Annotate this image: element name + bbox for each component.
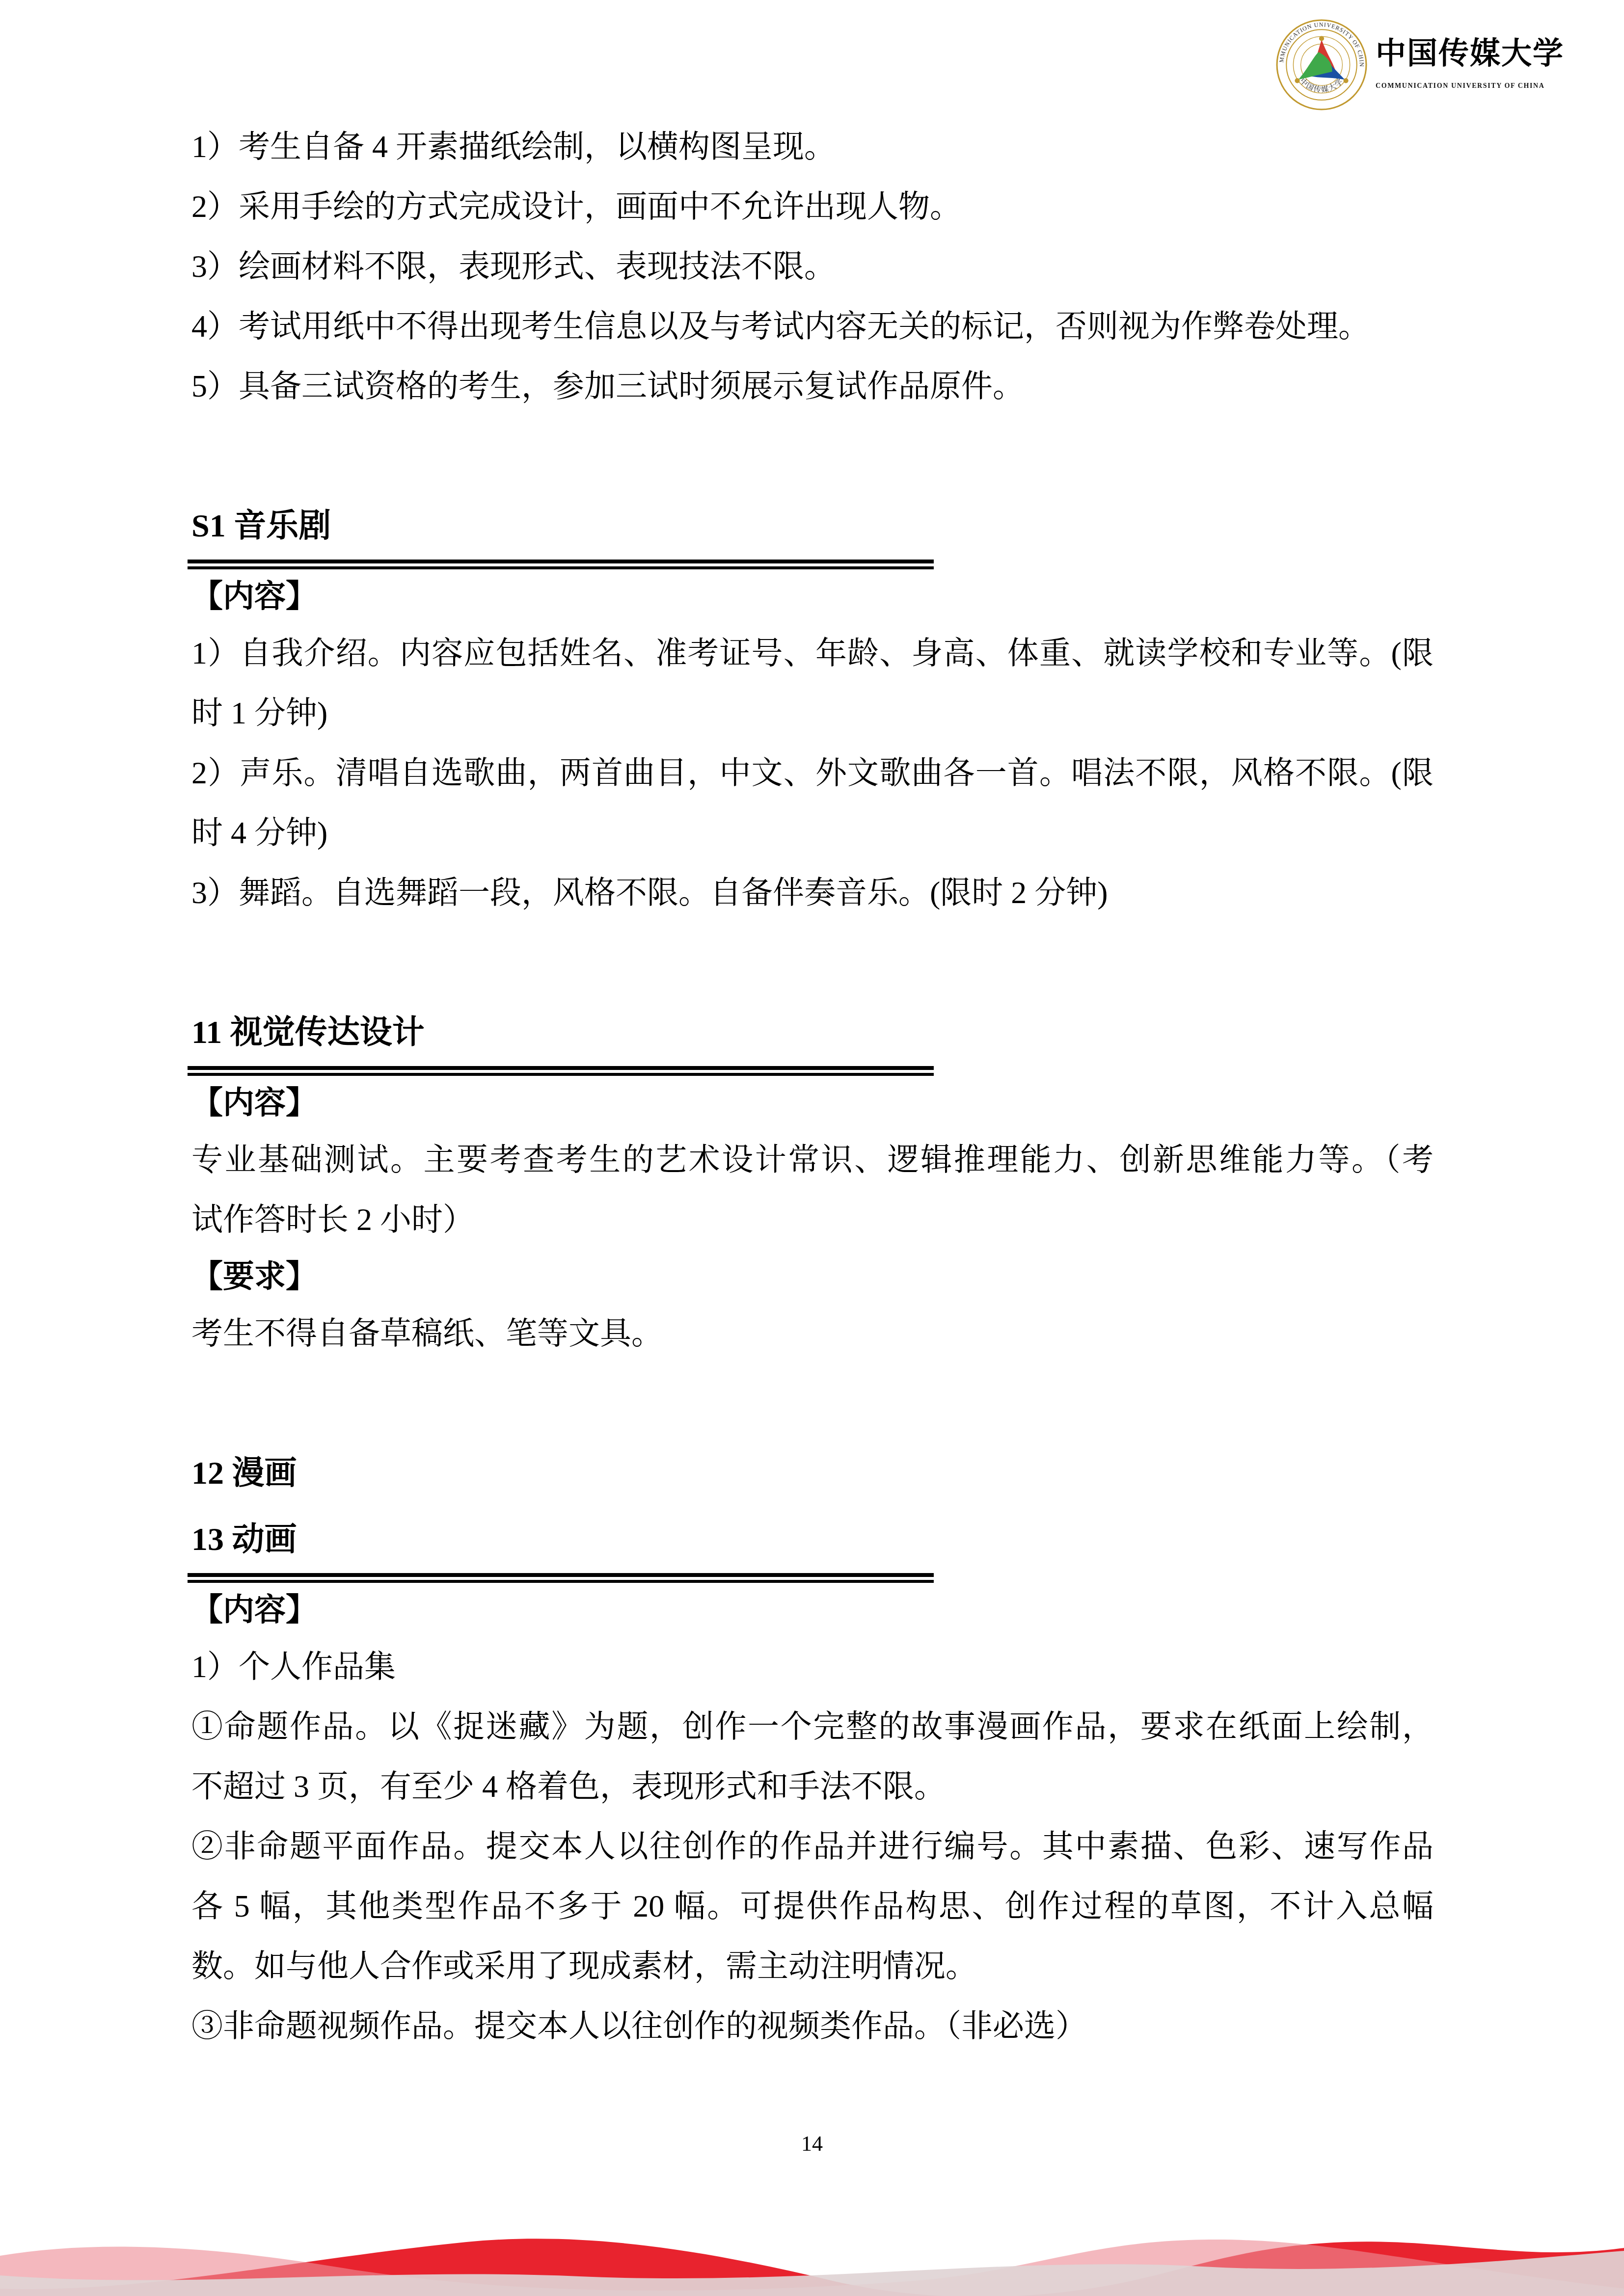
university-logo: COMMUNICATION UNIVERSITY OF CHINA 中国传媒大学 — [1274, 18, 1549, 114]
page-number: 14 — [0, 2132, 1624, 2156]
paragraph: 1）自我介绍。内容应包括姓名、准考证号、年龄、身高、体重、就读学校和专业等。(限… — [191, 623, 1434, 743]
intro-list-item: 4）考试用纸中不得出现考生信息以及与考试内容无关的标记，否则视为作弊卷处理。 — [191, 296, 1434, 356]
section-divider-rule — [188, 1066, 934, 1076]
paragraph: 3）舞蹈。自选舞蹈一段，风格不限。自备伴奏音乐。(限时 2 分钟) — [191, 863, 1434, 923]
paragraph: ①命题作品。以《捉迷藏》为题，创作一个完整的故事漫画作品，要求在纸面上绘制，不超… — [191, 1697, 1434, 1816]
footer-wave-decoration — [0, 2193, 1624, 2296]
paragraph-line: 时 1 分钟) — [191, 683, 1434, 743]
paragraph-line: ①命题作品。以《捉迷藏》为题，创作一个完整的故事漫画作品，要求在纸面上绘制， — [191, 1697, 1434, 1757]
intro-list-item: 5）具备三试资格的考生，参加三试时须展示复试作品原件。 — [191, 356, 1434, 416]
section-title: 13 动画 — [191, 1515, 1434, 1564]
paragraph-line: 1）自我介绍。内容应包括姓名、准考证号、年龄、身高、体重、就读学校和专业等。(限 — [191, 623, 1434, 683]
university-logo-text: 中国传媒大学 COMMUNICATION UNIVERSITY OF CHINA — [1376, 18, 1564, 90]
paragraph-line: 各 5 幅，其他类型作品不多于 20 幅。可提供作品构思、创作过程的草图，不计入… — [191, 1876, 1434, 1936]
paragraph-line: 试作答时长 2 小时） — [191, 1190, 1434, 1250]
paragraph: ②非命题平面作品。提交本人以往创作的作品并进行编号。其中素描、色彩、速写作品各 … — [191, 1816, 1434, 1996]
document-page: COMMUNICATION UNIVERSITY OF CHINA 中国传媒大学 — [0, 0, 1624, 2296]
paragraph-line: 考生不得自备草稿纸、笔等文具。 — [191, 1304, 1434, 1363]
paragraph: 考生不得自备草稿纸、笔等文具。 — [191, 1304, 1434, 1363]
university-name-chinese: 中国传媒大学 — [1376, 30, 1564, 78]
paragraph-line: 1）个人作品集 — [191, 1637, 1434, 1697]
paragraph-line: 3）舞蹈。自选舞蹈一段，风格不限。自备伴奏音乐。(限时 2 分钟) — [191, 863, 1434, 923]
content-label: 【内容】 — [191, 1583, 1434, 1637]
section-divider-rule — [188, 560, 934, 569]
exam-section: 11 视觉传达设计【内容】专业基础测试。主要考查考生的艺术设计常识、逻辑推理能力… — [191, 1008, 1434, 1363]
exam-section: 12 漫画13 动画【内容】1）个人作品集①命题作品。以《捉迷藏》为题，创作一个… — [191, 1449, 1434, 2056]
university-seal-icon: COMMUNICATION UNIVERSITY OF CHINA 中国传媒大学 — [1274, 18, 1369, 112]
intro-list-item: 2）采用手绘的方式完成设计，画面中不允许出现人物。 — [191, 177, 1434, 237]
content-label: 【内容】 — [191, 569, 1434, 623]
paragraph-line: ②非命题平面作品。提交本人以往创作的作品并进行编号。其中素描、色彩、速写作品 — [191, 1816, 1434, 1876]
paragraph-line: 时 4 分钟) — [191, 803, 1434, 863]
paragraph: 2）声乐。清唱自选歌曲，两首曲目，中文、外文歌曲各一首。唱法不限，风格不限。(限… — [191, 743, 1434, 863]
section-title: 11 视觉传达设计 — [191, 1008, 1434, 1057]
paragraph-line: 不超过 3 页，有至少 4 格着色，表现形式和手法不限。 — [191, 1757, 1434, 1816]
section-title: S1 音乐剧 — [191, 502, 1434, 551]
paragraph-line: 2）声乐。清唱自选歌曲，两首曲目，中文、外文歌曲各一首。唱法不限，风格不限。(限 — [191, 743, 1434, 803]
intro-list-item: 1）考生自备 4 开素描纸绘制，以横构图呈现。 — [191, 117, 1434, 177]
content-label: 【内容】 — [191, 1076, 1434, 1130]
paragraph: 专业基础测试。主要考查考生的艺术设计常识、逻辑推理能力、创新思维能力等。（考试作… — [191, 1130, 1434, 1250]
paragraph: ③非命题视频作品。提交本人以往创作的视频类作品。（非必选） — [191, 1996, 1434, 2056]
section-divider-rule — [188, 1573, 934, 1583]
paragraph-line: 数。如与他人合作或采用了现成素材，需主动注明情况。 — [191, 1936, 1434, 1996]
university-name-english: COMMUNICATION UNIVERSITY OF CHINA — [1376, 82, 1564, 90]
exam-section: S1 音乐剧【内容】1）自我介绍。内容应包括姓名、准考证号、年龄、身高、体重、就… — [191, 502, 1434, 923]
section-title: 12 漫画 — [191, 1449, 1434, 1498]
intro-list-item: 3）绘画材料不限，表现形式、表现技法不限。 — [191, 237, 1434, 296]
paragraph: 1）个人作品集 — [191, 1637, 1434, 1697]
paragraph-line: ③非命题视频作品。提交本人以往创作的视频类作品。（非必选） — [191, 1996, 1434, 2056]
paragraph-line: 专业基础测试。主要考查考生的艺术设计常识、逻辑推理能力、创新思维能力等。（考 — [191, 1130, 1434, 1190]
document-body: 1）考生自备 4 开素描纸绘制，以横构图呈现。2）采用手绘的方式完成设计，画面中… — [191, 117, 1434, 2056]
content-label: 【要求】 — [191, 1250, 1434, 1304]
